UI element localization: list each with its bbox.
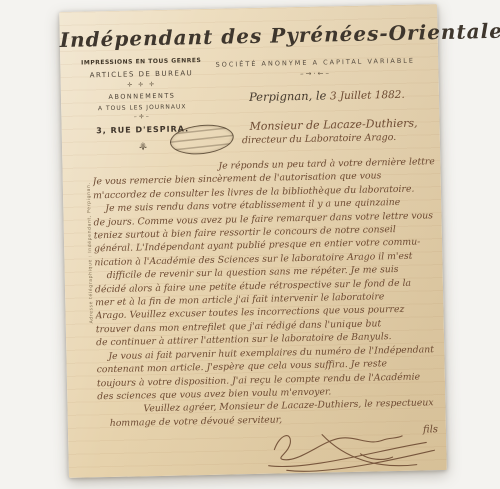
signature-flourish-icon [264,422,445,478]
left-column-articles: ARTICLES DE BUREAU [78,69,204,80]
letter-sheet: Indépendant des Pyrénées-Orientales SOCI… [59,4,447,478]
dateline: Perpignan, le 3 Juillet 1882. [249,86,429,104]
masthead-subtitle: SOCIÉTÉ ANONYME A CAPITAL VARIABLE [210,56,420,68]
ornament-finial-icon: ⚜ [138,139,148,152]
left-column-abonnements: ABONNEMENTS [79,91,205,102]
left-column-journaux: A TOUS LES JOURNAUX [79,103,205,113]
dateline-printed: Perpignan, le [249,88,327,104]
ornament-arrows-icon: –→·←– [210,67,420,79]
photo-background: Indépendant des Pyrénées-Orientales SOCI… [0,0,500,489]
signature-suffix: fils [423,424,438,435]
ornament-crosses-icon: ✛ ✛ ✛ [79,80,205,90]
left-column-impressions: IMPRESSIONS EN TOUS GENRES [78,57,204,67]
ornament-dash-cross-icon: –✛– [79,112,205,122]
signature-block: fils [264,422,445,478]
dateline-handwritten: 3 Juillet 1882. [330,89,405,103]
recipient-name: Monsieur de Lacaze-Duthiers, [249,117,417,134]
recipient-title: directeur du Laboratoire Arago. [242,132,397,146]
masthead-title: Indépendant des Pyrénées-Orientales [59,20,437,52]
letter-body: Je réponds un peu tard à votre dernière … [92,155,440,430]
